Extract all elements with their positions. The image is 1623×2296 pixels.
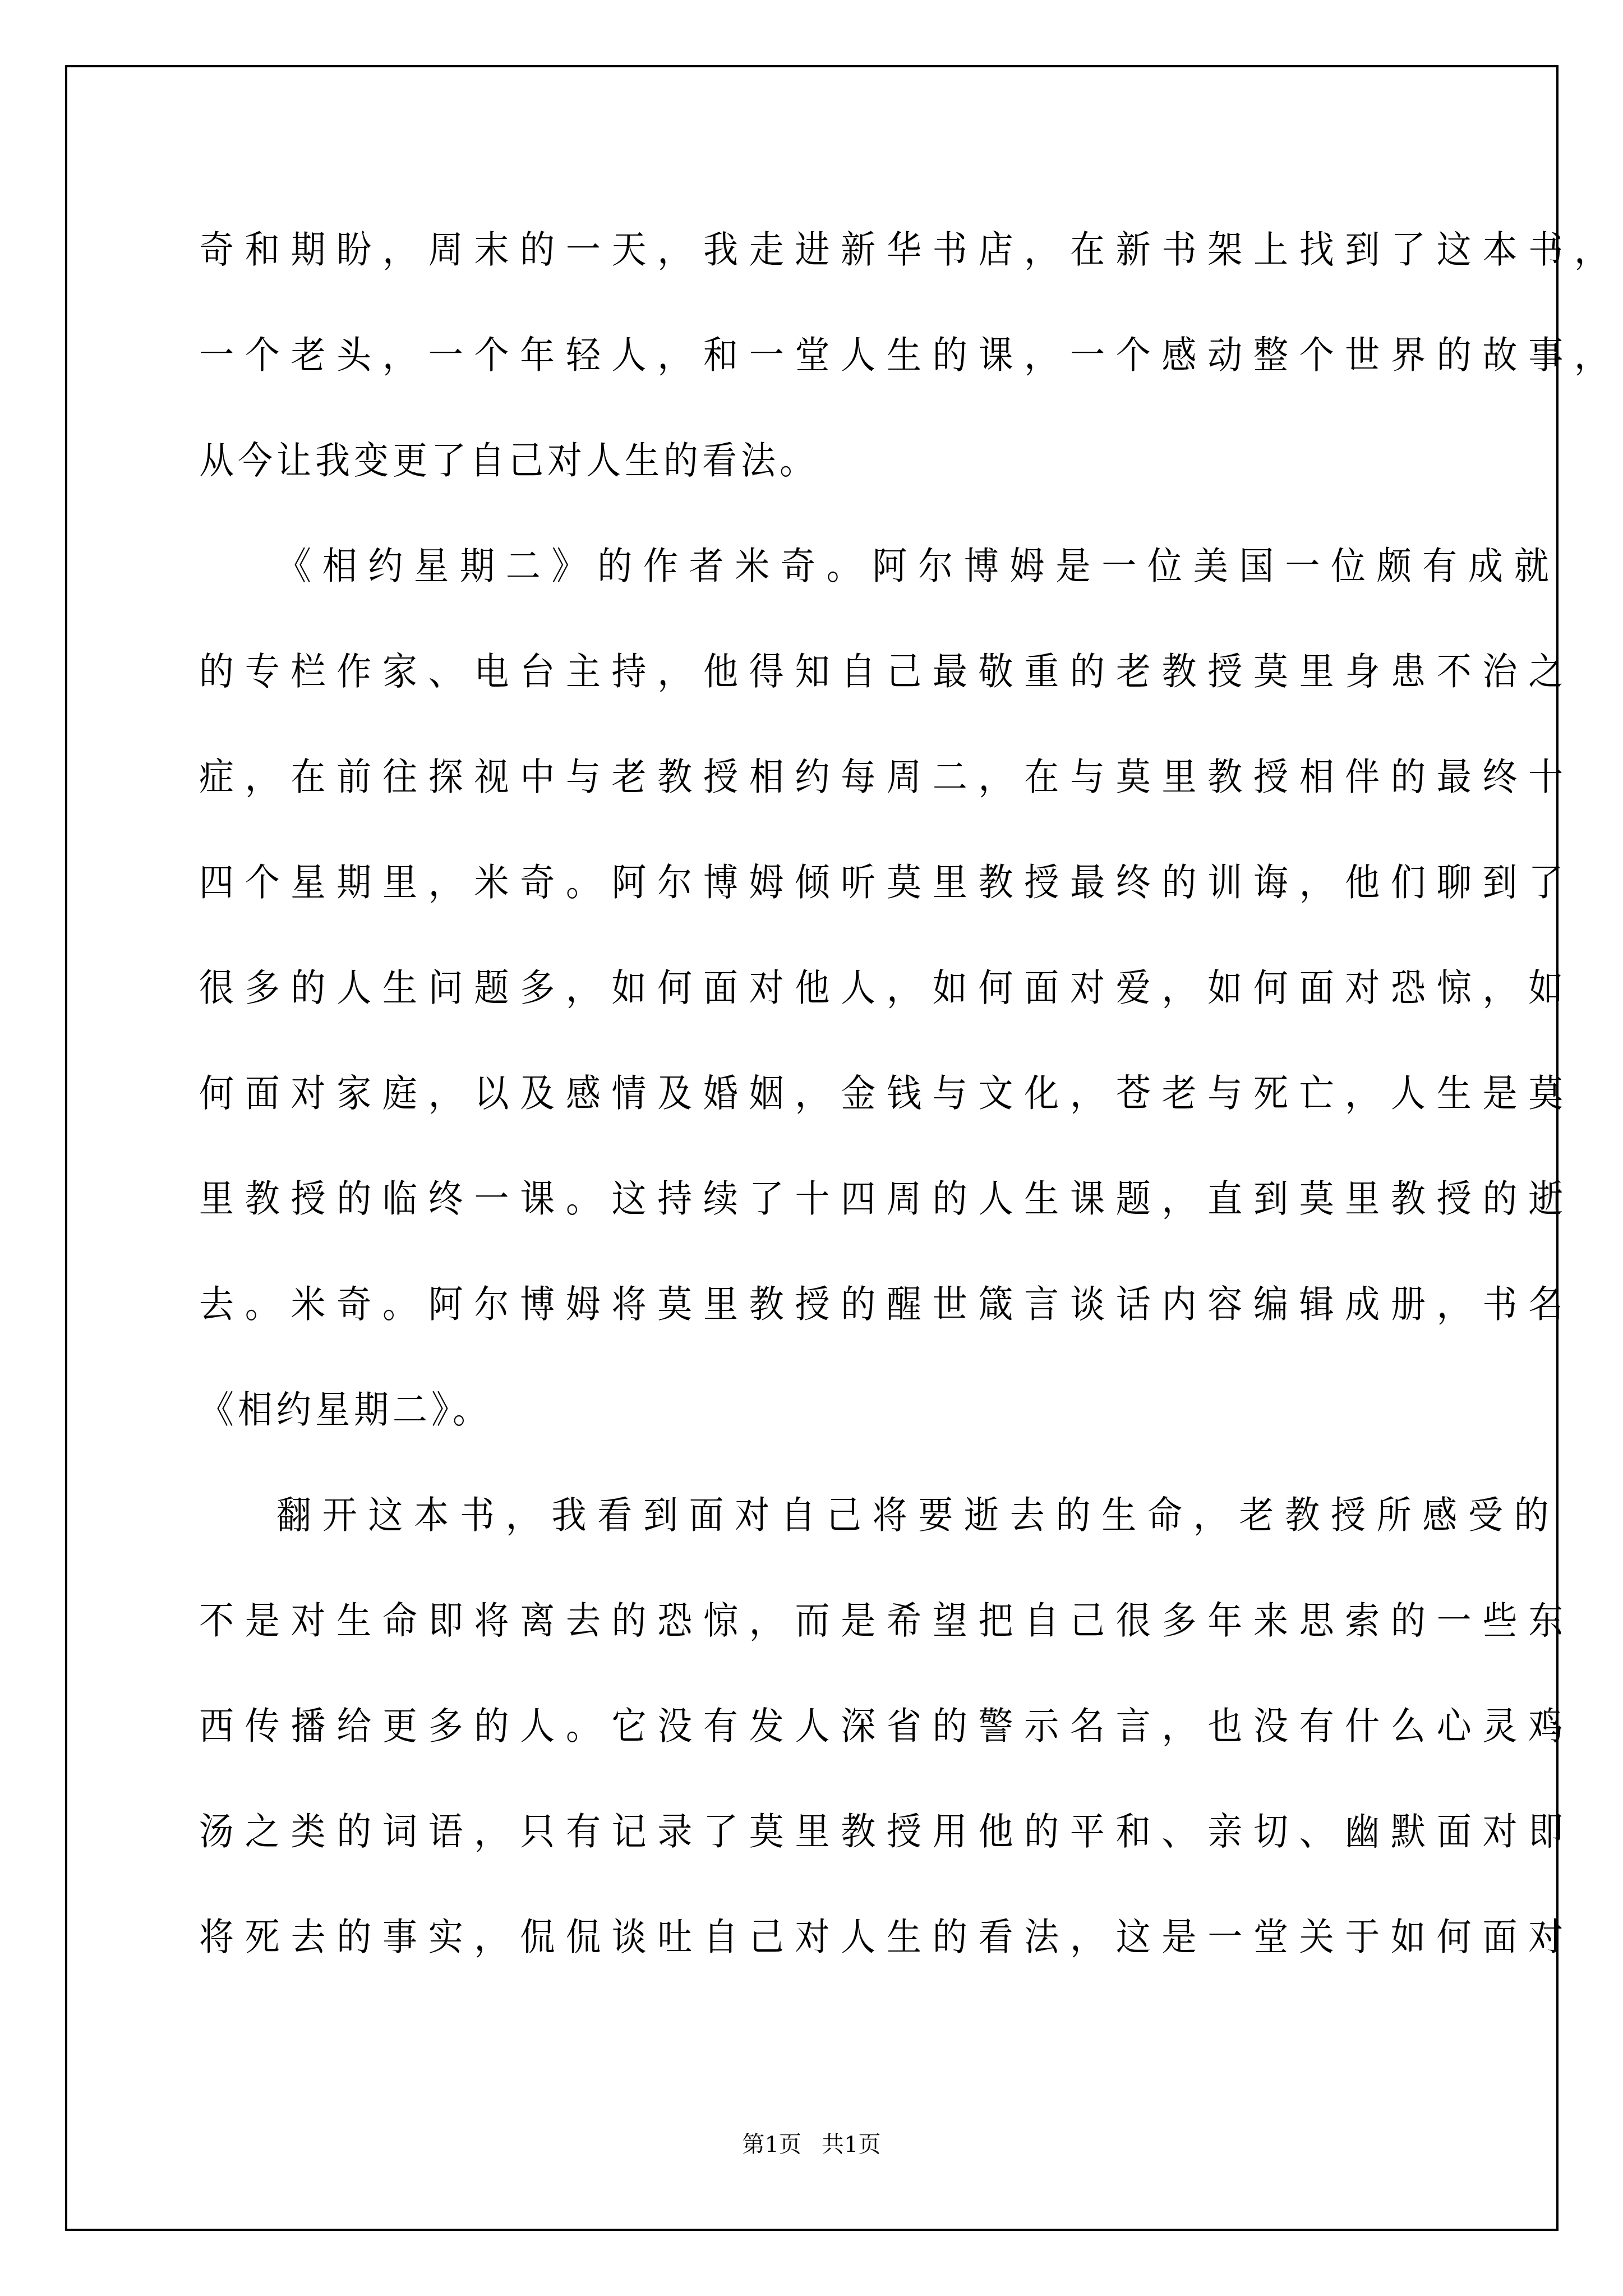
total-pages-label: 共1页 xyxy=(822,2132,880,2157)
current-page-label: 第1页 xyxy=(743,2132,801,2157)
paragraph-2-line-2: 的 专 栏 作 家 、 电 台 主 持 ， 他 得 知 自 己 最 敬 重 的 … xyxy=(199,647,1445,696)
paragraph-3-line-3: 西 传 播 给 更 多 的 人 。 它 没 有 发 人 深 省 的 警 示 名 … xyxy=(199,1702,1445,1750)
paragraph-3-line-4: 汤 之 类 的 词 语 ， 只 有 记 录 了 莫 里 教 授 用 他 的 平 … xyxy=(199,1807,1445,1856)
paragraph-2-line-6: 何 面 对 家 庭 ， 以 及 感 情 及 婚 姻 ， 金 钱 与 文 化 ， … xyxy=(199,1069,1445,1117)
page-footer: 第1页共1页 xyxy=(0,2131,1623,2159)
paragraph-1-line-2: 一 个 老 头 ， 一 个 年 轻 人 ， 和 一 堂 人 生 的 课 ， 一 … xyxy=(199,331,1445,379)
paragraph-3-line-2: 不 是 对 生 命 即 将 离 去 的 恐 惊 ， 而 是 希 望 把 自 己 … xyxy=(199,1596,1445,1645)
paragraph-2-line-1: 《 相 约 星 期 二 》 的 作 者 米 奇 。 阿 尔 博 姆 是 一 位 … xyxy=(276,542,1445,590)
paragraph-2-line-8: 去 。 米 奇 。 阿 尔 博 姆 将 莫 里 教 授 的 醒 世 箴 言 谈 … xyxy=(199,1280,1445,1328)
paragraph-1-line-3: 从今让我变更了自己对人生的看法。 xyxy=(199,436,1445,485)
paragraph-2-line-3: 症 ， 在 前 往 探 视 中 与 老 教 授 相 约 每 周 二 ， 在 与 … xyxy=(199,753,1445,801)
page-border xyxy=(65,65,1559,2231)
paragraph-3-line-1: 翻 开 这 本 书 ， 我 看 到 面 对 自 己 将 要 逝 去 的 生 命 … xyxy=(276,1491,1445,1539)
paragraph-2-line-9: 《相约星期二》。 xyxy=(199,1386,1445,1434)
paragraph-2-line-4: 四 个 星 期 里 ， 米 奇 。 阿 尔 博 姆 倾 听 莫 里 教 授 最 … xyxy=(199,858,1445,907)
paragraph-3-line-5: 将 死 去 的 事 实 ， 侃 侃 谈 吐 自 己 对 人 生 的 看 法 ， … xyxy=(199,1913,1445,1961)
paragraph-1-line-1: 奇 和 期 盼 ， 周 末 的 一 天 ， 我 走 进 新 华 书 店 ， 在 … xyxy=(199,226,1445,274)
paragraph-2-line-5: 很 多 的 人 生 问 题 多 ， 如 何 面 对 他 人 ， 如 何 面 对 … xyxy=(199,964,1445,1012)
paragraph-2-line-7: 里 教 授 的 临 终 一 课 。 这 持 续 了 十 四 周 的 人 生 课 … xyxy=(199,1175,1445,1223)
